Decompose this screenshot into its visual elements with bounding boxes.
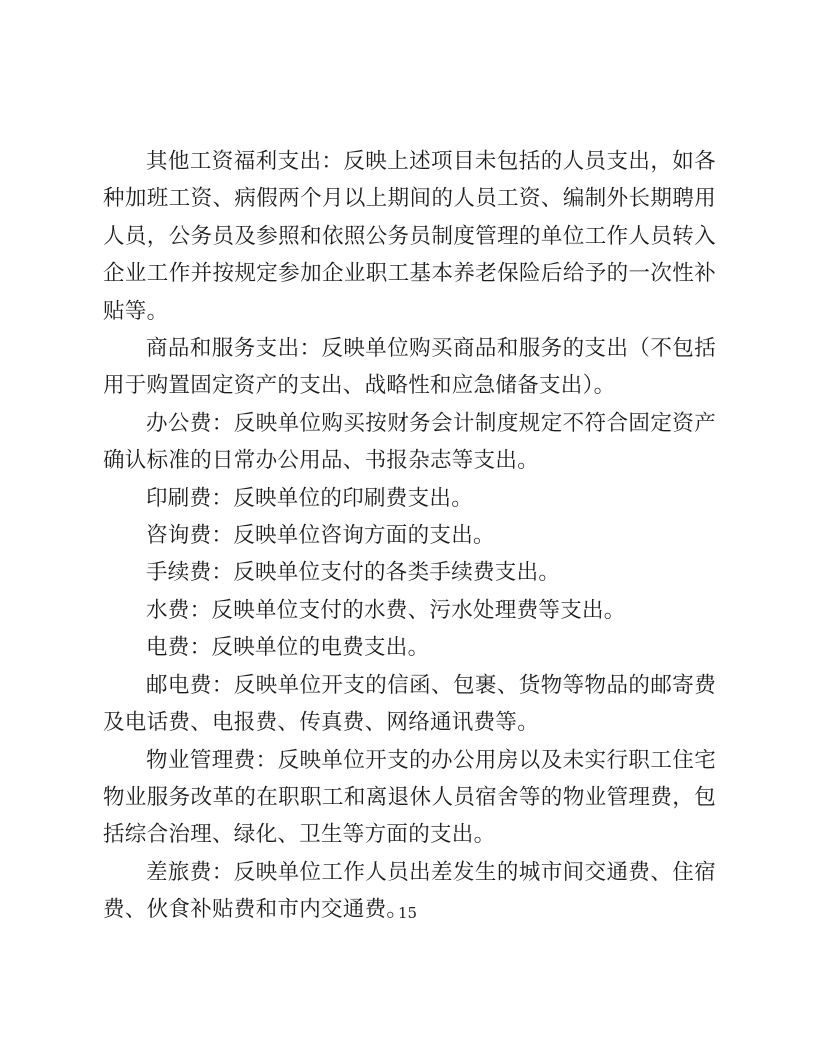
page-number: 15 [0, 904, 815, 922]
paragraph-printing-fee: 印刷费：反映单位的印刷费支出。 [103, 480, 716, 517]
paragraph-goods-services: 商品和服务支出：反映单位购买商品和服务的支出（不包括用于购置固定资产的支出、战略… [103, 330, 716, 405]
paragraph-property-management-fee: 物业管理费：反映单位开支的办公用房以及未实行职工住宅物业服务改革的在职职工和离退… [103, 742, 716, 854]
paragraph-electricity-fee: 电费：反映单位的电费支出。 [103, 629, 716, 666]
paragraph-office-fee: 办公费：反映单位购买按财务会计制度规定不符合固定资产确认标准的日常办公用品、书报… [103, 405, 716, 480]
document-page: 其他工资福利支出：反映上述项目未包括的人员支出，如各种加班工资、病假两个月以上期… [0, 0, 815, 1055]
paragraph-water-fee: 水费：反映单位支付的水费、污水处理费等支出。 [103, 592, 716, 629]
paragraph-consulting-fee: 咨询费：反映单位咨询方面的支出。 [103, 517, 716, 554]
paragraph-other-wage-welfare: 其他工资福利支出：反映上述项目未包括的人员支出，如各种加班工资、病假两个月以上期… [103, 143, 716, 330]
text-block: 其他工资福利支出：反映上述项目未包括的人员支出，如各种加班工资、病假两个月以上期… [103, 143, 716, 929]
paragraph-handling-fee: 手续费：反映单位支付的各类手续费支出。 [103, 554, 716, 591]
paragraph-postage-fee: 邮电费：反映单位开支的信函、包裹、货物等物品的邮寄费及电话费、电报费、传真费、网… [103, 667, 716, 742]
